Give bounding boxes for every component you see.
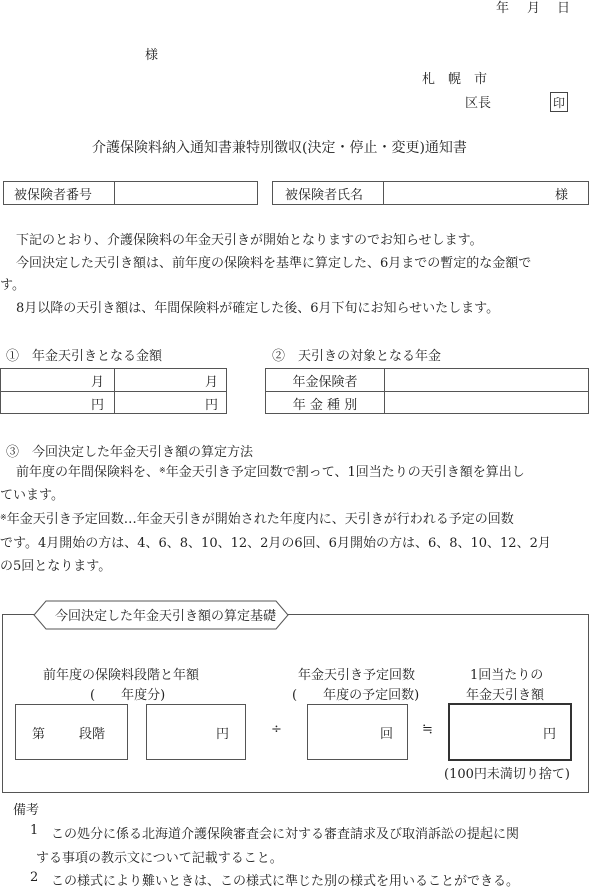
- insured-number-field[interactable]: 被保険者番号: [3, 181, 258, 205]
- section3-body-line-1: 前年度の年間保険料を、※年金天引き予定回数で割って、1回当たりの天引き額を算出し: [16, 462, 591, 483]
- remarks-item-1-line-1: この処分に係る北海道介護保険審査会に対する審査請求及び取消訴訟の提起に関: [51, 823, 519, 842]
- footnote-mark: ※: [0, 513, 7, 522]
- deduction-count-field[interactable]: 回: [307, 704, 408, 760]
- intro-line-2b: す。: [0, 275, 591, 296]
- insured-name-label: 被保険者氏名: [285, 182, 363, 204]
- seal-stamp-icon: 印: [550, 92, 568, 112]
- annual-unit: 円: [216, 723, 229, 742]
- calc-frame-title: 今回決定した年金天引き額の算定基礎: [55, 605, 276, 624]
- remarks-item-2-number: 2: [30, 870, 38, 885]
- section3-note-line-3: の5回となります。: [0, 556, 591, 577]
- section1-heading: ① 年金天引きとなる金額: [6, 345, 162, 364]
- document-title: 介護保険料納入通知書兼特別徴収(決定・停止・変更)通知書: [92, 137, 467, 157]
- issuer-title: 区長: [465, 92, 491, 111]
- section3-body-line-2: ています。: [0, 485, 591, 506]
- issuer-city: 札 幌 市: [422, 68, 487, 87]
- calc-col2-head-1: 年金天引き予定回数: [298, 664, 415, 683]
- per-deduction-amount-field[interactable]: 円: [448, 703, 572, 761]
- insured-number-value[interactable]: [116, 182, 256, 204]
- insured-number-label: 被保険者番号: [14, 182, 92, 204]
- annual-premium-field[interactable]: 円: [146, 704, 246, 760]
- section1-month-1[interactable]: 月: [1, 369, 104, 391]
- recipient-suffix: 様: [145, 44, 158, 63]
- calc-col1-head-2: ( 年度分): [90, 684, 165, 703]
- insured-name-suffix: 様: [555, 182, 568, 204]
- date-month: 月: [527, 0, 540, 16]
- section3-note-line-2: です。4月開始の方は、4、6、8、10、12、2月の6回、6月開始の方は、6、8…: [0, 533, 591, 554]
- remarks-item-2-line: この様式により難いときは、この様式に準じた別の様式を用いることができる。: [51, 870, 519, 887]
- section3-note-line-1: ※年金天引き予定回数…年金天引きが開始された年度内に、天引きが行われる予定の回数: [0, 509, 591, 530]
- section1-table: 月 月 円 円: [0, 368, 227, 414]
- rounding-note: (100円未満切り捨て): [444, 763, 570, 782]
- insured-name-value[interactable]: [385, 182, 545, 204]
- intro-line-1: 下記のとおり、介護保険料の年金天引きが開始となりますのでお知らせします。: [16, 230, 591, 251]
- calc-col3-head-1: 1回当たりの: [470, 664, 543, 683]
- approx-equal-icon: ≒: [422, 722, 433, 737]
- result-unit: 円: [543, 723, 556, 742]
- section1-amount-2[interactable]: 円: [115, 392, 218, 414]
- date-year: 年: [496, 0, 509, 16]
- premium-stage-field[interactable]: 第 段階: [15, 704, 128, 760]
- remarks-heading: 備考: [13, 799, 39, 818]
- pension-insurer-value[interactable]: [385, 369, 585, 391]
- section2-table: 年金保険者 年 金 種 別: [265, 368, 589, 414]
- section2-heading: ② 天引きの対象となる年金: [272, 345, 441, 364]
- section1-month-2[interactable]: 月: [115, 369, 218, 391]
- pension-type-value[interactable]: [385, 392, 585, 414]
- calc-col1-head-1: 前年度の保険料段階と年額: [43, 664, 199, 683]
- remarks-item-1-line-2: する事項の教示文について記載すること。: [36, 847, 283, 866]
- section3-heading: ③ 今回決定した年金天引き額の算定方法: [6, 441, 253, 460]
- intro-line-2a: 今回決定した天引き額は、前年度の保険料を基準に算定した、6月までの暫定的な金額で: [16, 253, 591, 274]
- date-day: 日: [557, 0, 570, 16]
- pension-type-label: 年 金 種 別: [266, 392, 384, 414]
- remarks-item-1-number: 1: [30, 823, 38, 838]
- calc-col2-head-2: ( 年度の予定回数): [292, 684, 419, 703]
- divide-icon: ÷: [271, 722, 282, 737]
- footnote-mark: ※: [159, 466, 166, 475]
- stage-prefix: 第: [32, 723, 45, 742]
- count-unit: 回: [380, 723, 393, 742]
- stage-suffix: 段階: [79, 723, 105, 742]
- section1-amount-1[interactable]: 円: [1, 392, 104, 414]
- intro-line-3: 8月以降の天引き額は、年間保険料が確定した後、6月下旬にお知らせいたします。: [16, 298, 591, 319]
- pension-insurer-label: 年金保険者: [266, 369, 384, 391]
- calc-col3-head-2: 年金天引き額: [466, 684, 544, 703]
- insured-name-field[interactable]: 被保険者氏名 様: [272, 181, 589, 205]
